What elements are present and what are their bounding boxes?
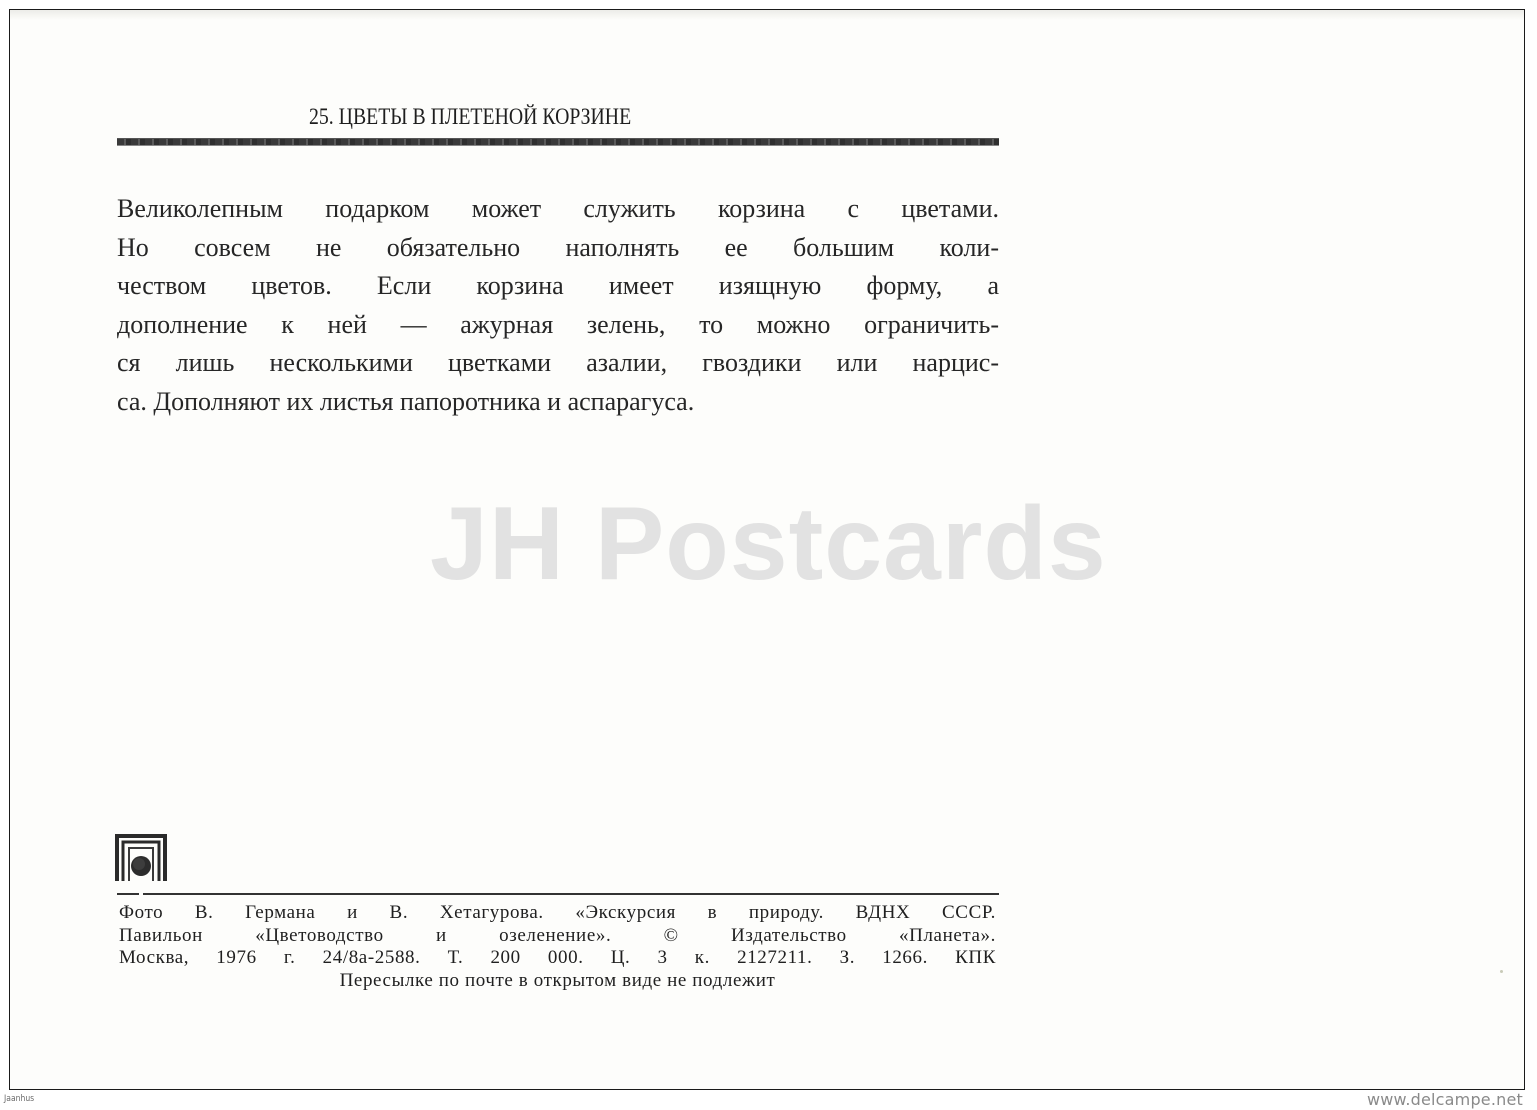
description-line: Но совсем не обязательно наполнять ее бо… xyxy=(117,229,999,268)
credits-line: Павильон «Цветоводство и озеленение». © … xyxy=(119,925,996,948)
description-line: Великолепным подарком может служить корз… xyxy=(117,190,999,229)
description-line: ся лишь несколькими цветками азалии, гво… xyxy=(117,344,999,383)
planeta-publisher-logo-icon xyxy=(114,833,168,883)
description-text: Великолепным подарком может служить корз… xyxy=(117,190,999,421)
site-watermark: www.delcampe.net xyxy=(1367,1090,1523,1109)
description-line: чеством цветов. Если корзина имеет изящн… xyxy=(117,267,999,306)
description-line: дополнение к ней — ажурная зелень, то мо… xyxy=(117,306,999,345)
postal-notice: Пересылке по почте в открытом виде не по… xyxy=(119,970,996,993)
watermark: JH Postcards xyxy=(430,485,1107,604)
credits-line: Фото В. Германа и В. Хетагурова. «Экскур… xyxy=(119,902,996,925)
description-line: са. Дополняют их листья папоротника и ас… xyxy=(117,383,999,422)
uploader-label: Jaanhus xyxy=(4,1094,34,1104)
paper-speck xyxy=(1500,970,1503,973)
title-divider xyxy=(117,138,999,145)
scan-shadow xyxy=(10,10,1524,20)
postcard-title: 25. ЦВЕТЫ В ПЛЕТЕНОЙ КОРЗИНЕ xyxy=(309,104,631,130)
publication-credits: Фото В. Германа и В. Хетагурова. «Экскур… xyxy=(119,902,996,992)
credits-divider xyxy=(117,893,999,895)
credits-line: Москва, 1976 г. 24/8а-2588. Т. 200 000. … xyxy=(119,947,996,970)
